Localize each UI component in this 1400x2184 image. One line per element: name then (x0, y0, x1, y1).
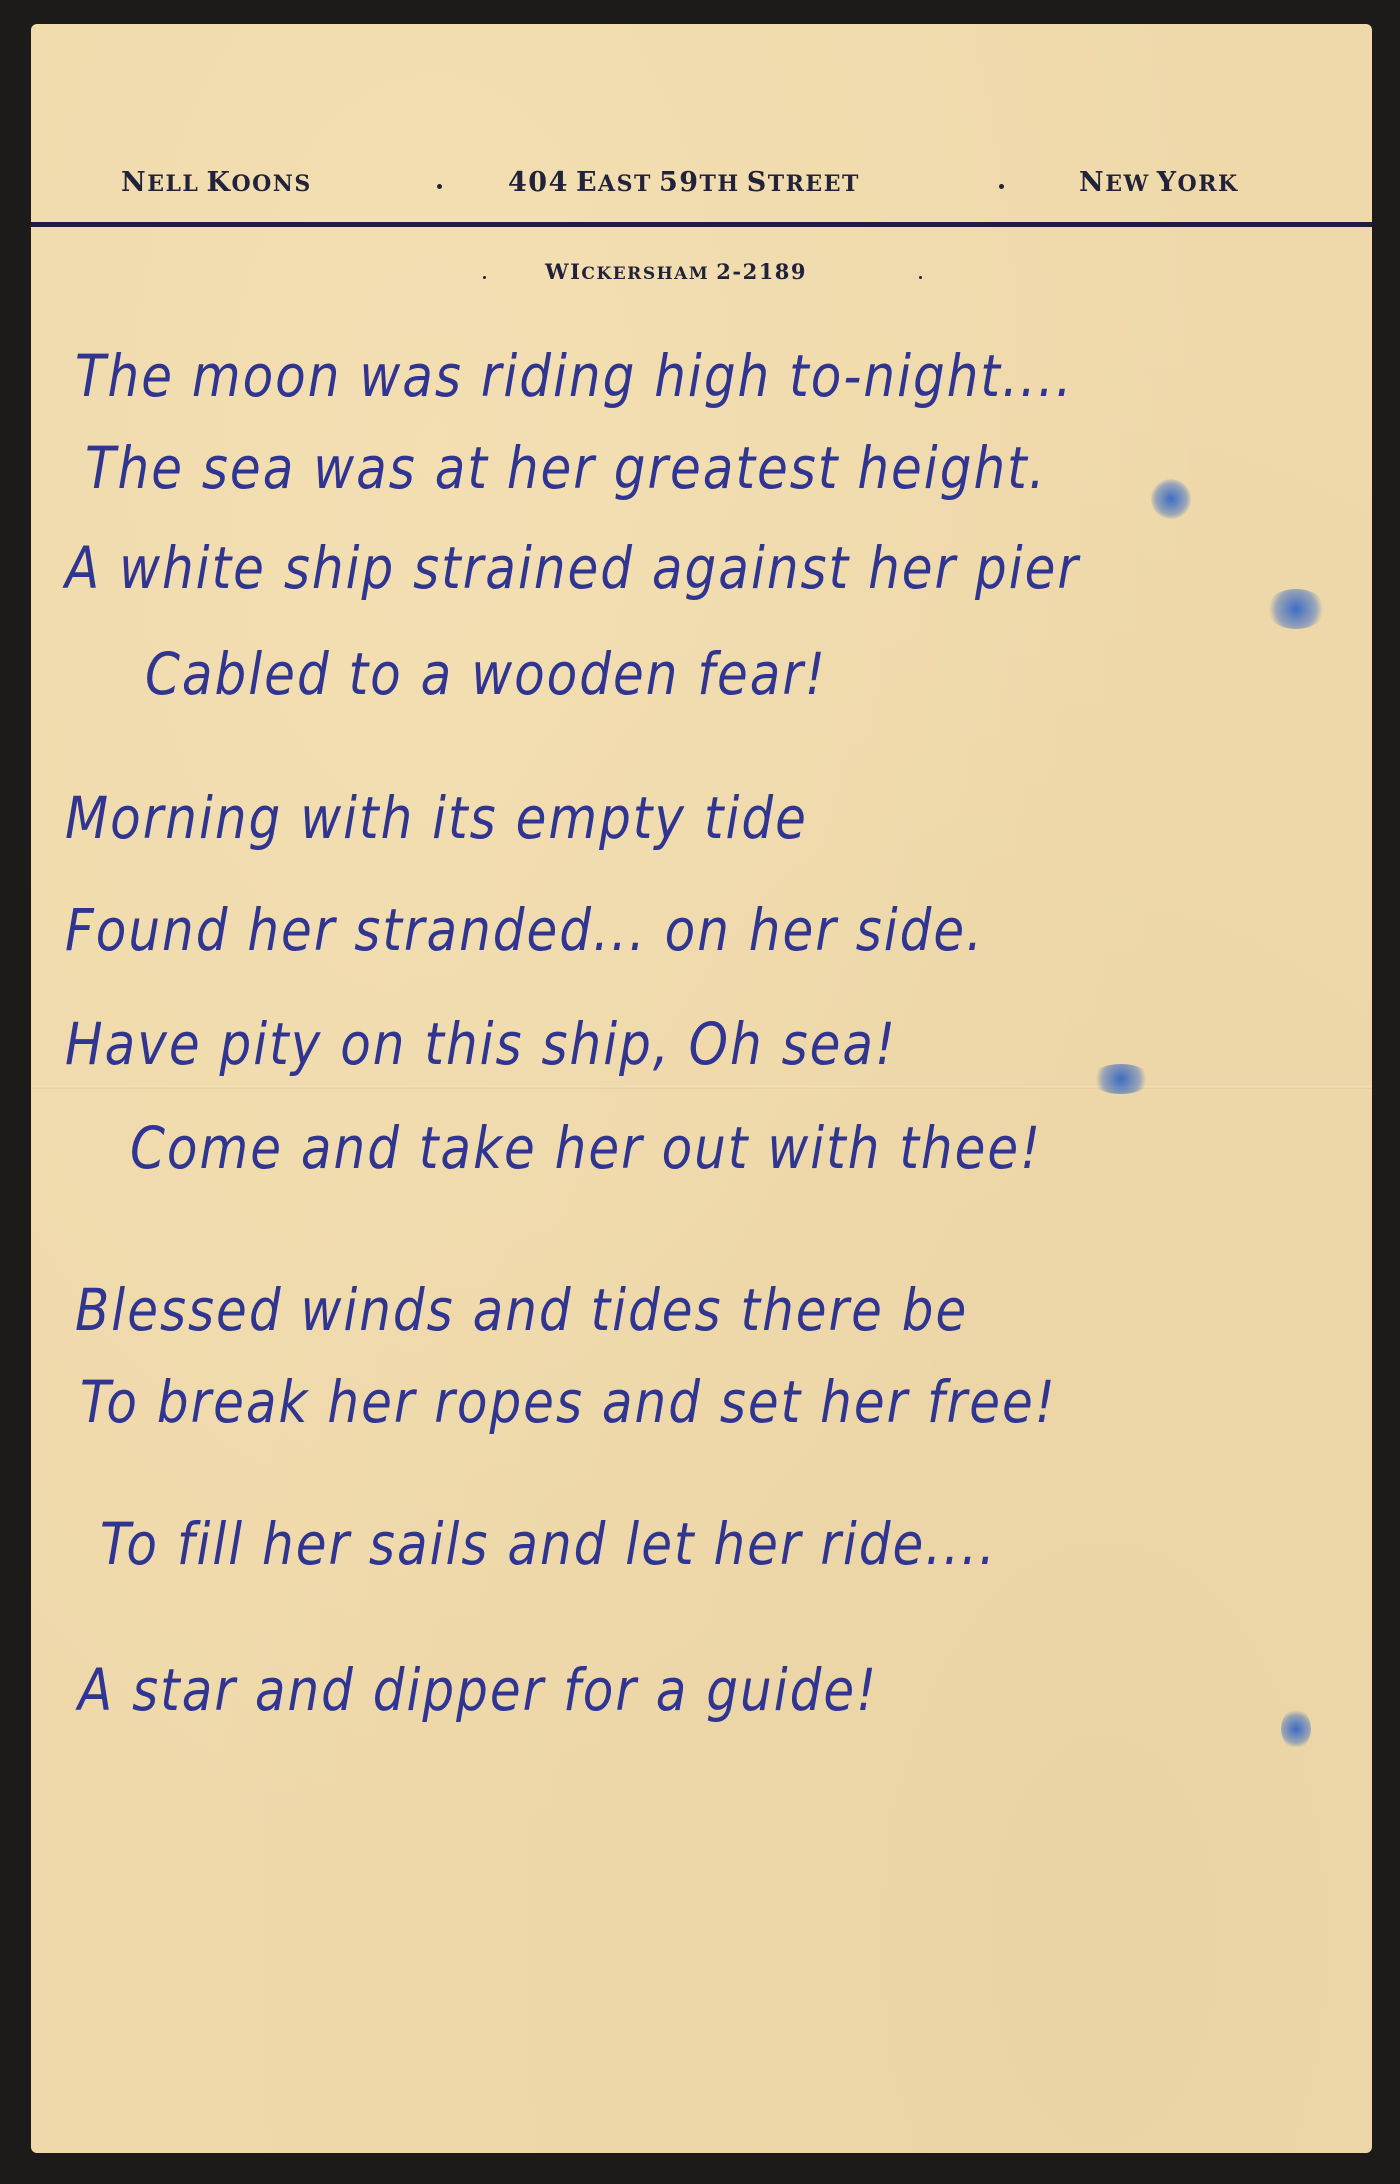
poem-line: The sea was at her greatest height. (85, 435, 1047, 502)
poem-line: Come and take her out with thee! (130, 1115, 1042, 1182)
poem-line: Morning with its empty tide (65, 785, 808, 852)
ink-blot (1091, 1064, 1151, 1094)
poem-line: Blessed winds and tides there be (75, 1277, 968, 1344)
ink-blot (1266, 589, 1326, 629)
poem-line: A white ship strained against her pier (65, 535, 1080, 602)
poem-line: A star and dipper for a guide! (78, 1657, 878, 1724)
letter-paper: NELL KOONS 404 EAST 59TH STREET NEW YORK… (31, 24, 1372, 2153)
handwritten-poem: The moon was riding high to-night.... Th… (31, 24, 1372, 2153)
ink-blot (1151, 479, 1191, 519)
poem-line: Found her stranded... on her side. (65, 897, 984, 964)
poem-line: Cabled to a wooden fear! (145, 641, 827, 708)
poem-line: To fill her sails and let her ride.... (100, 1511, 997, 1578)
ink-blot (1281, 1709, 1311, 1749)
poem-line: The moon was riding high to-night.... (75, 343, 1074, 410)
poem-line: To break her ropes and set her free! (80, 1369, 1057, 1436)
poem-line: Have pity on this ship, Oh sea! (65, 1011, 897, 1078)
